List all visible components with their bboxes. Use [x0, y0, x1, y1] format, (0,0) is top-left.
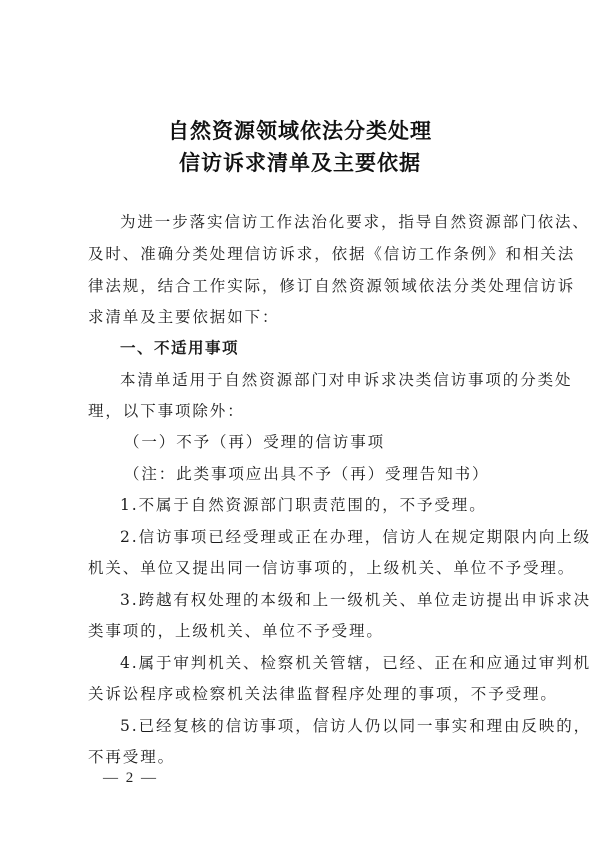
document-page: 自然资源领域依法分类处理 信访诉求清单及主要依据 为进一步落实信访工作法治化要求… — [0, 0, 600, 847]
list-item-3-line-1: 3.跨越有权处理的本级和上一级机关、单位走访提出申诉求决 — [120, 590, 560, 610]
list-item-4-line-1: 4.属于审判机关、检察机关管辖，已经、正在和应通过审判机 — [120, 653, 560, 673]
section-para-line-2: 理，以下事项除外： — [88, 401, 528, 421]
subsection-heading: （一）不予（再）受理的信访事项 — [124, 432, 564, 452]
list-item-4-line-2: 关诉讼程序或检察机关法律监督程序处理的事项，不予受理。 — [88, 684, 528, 704]
intro-line-2: 及时、准确分类处理信访诉求，依据《信访工作条例》和相关法 — [88, 244, 528, 264]
list-item-2-line-1: 2.信访事项已经受理或正在办理，信访人在规定期限内向上级 — [120, 527, 560, 547]
document-title-line-1: 自然资源领域依法分类处理 — [0, 115, 600, 145]
subsection-note: （注：此类事项应出具不予（再）受理告知书） — [124, 464, 564, 484]
list-item-5-line-1: 5.已经复核的信访事项，信访人仍以同一事实和理由反映的， — [120, 716, 560, 736]
page-number: — 2 — — [103, 770, 158, 787]
intro-line-3: 律法规，结合工作实际，修订自然资源领域依法分类处理信访诉 — [88, 276, 528, 296]
intro-line-1: 为进一步落实信访工作法治化要求，指导自然资源部门依法、 — [120, 212, 560, 232]
intro-line-4: 求清单及主要依据如下： — [88, 307, 528, 327]
section-para-line-1: 本清单适用于自然资源部门对申诉求决类信访事项的分类处 — [120, 370, 560, 390]
document-title-line-2: 信访诉求清单及主要依据 — [0, 147, 600, 177]
list-item-5-line-2: 不再受理。 — [88, 747, 528, 767]
section-heading: 一、不适用事项 — [120, 338, 560, 358]
list-item-1: 1.不属于自然资源部门职责范围的，不予受理。 — [120, 495, 560, 515]
list-item-2-line-2: 机关、单位又提出同一信访事项的，上级机关、单位不予受理。 — [88, 558, 528, 578]
list-item-3-line-2: 类事项的，上级机关、单位不予受理。 — [88, 621, 528, 641]
